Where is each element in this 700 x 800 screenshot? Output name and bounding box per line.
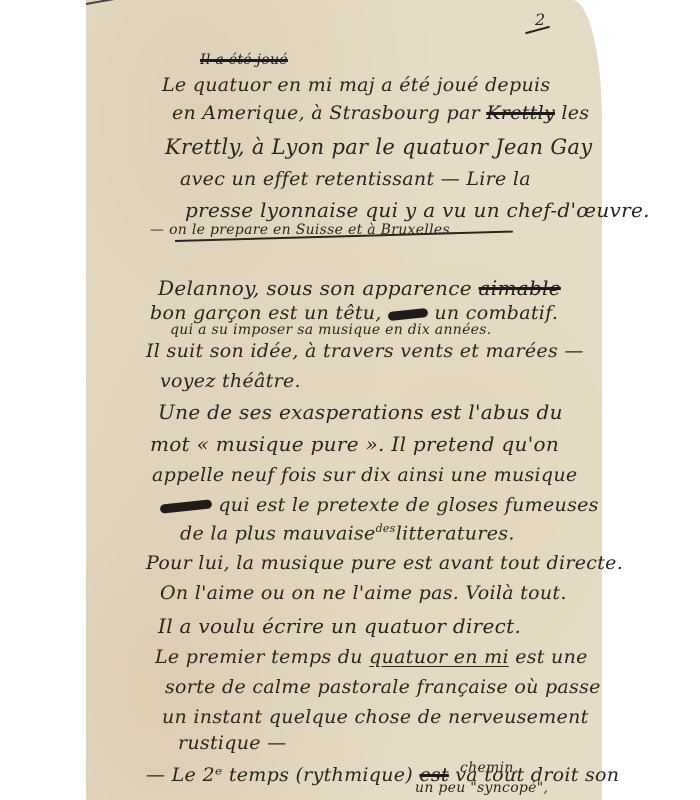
superscript-insert: des [376, 522, 396, 535]
text-line: bon garçon est un têtu, un combatif. [150, 302, 558, 324]
text-span: — [150, 222, 169, 238]
text-span: Delannoy, sous son apparence [158, 276, 472, 300]
text-span: en Amerique, à Strasbourg par [172, 102, 480, 124]
text-line: Le premier temps du quatuor en mi est un… [155, 646, 588, 668]
text-line: Le quatuor en mi maj a été joué depuis [162, 74, 550, 96]
text-span: est une [515, 646, 588, 668]
text-span: un combatif. [434, 302, 558, 324]
underlined-text: quatuor en mi [369, 646, 509, 668]
text-line: un peu "syncopé", [415, 780, 548, 796]
text-span: bon garçon est un têtu, [150, 302, 382, 324]
text-line: sorte de calme pastorale française où pa… [165, 676, 601, 698]
text-span: Le premier temps du [155, 646, 363, 668]
text-line-insert: qui a su imposer sa musique en dix année… [170, 322, 491, 338]
text-span: Le quatuor en mi maj a été joué depuis [162, 74, 550, 96]
ink-blot [388, 307, 429, 320]
crossed-heading: Il a été joué [200, 52, 288, 68]
text-line: un instant quelque chose de nerveusement [162, 706, 589, 728]
text-line: Krettly, à Lyon par le quatuor Jean Gay [165, 135, 592, 159]
text-line: qui est le pretexte de gloses fumeuses [160, 494, 599, 516]
text-line: en Amerique, à Strasbourg par Krettly le… [172, 102, 589, 124]
ink-blot [160, 499, 213, 513]
text-line: avec un effet retentissant — Lire la [180, 168, 531, 190]
text-line: Il suit son idée, à travers vents et mar… [146, 340, 584, 362]
text-line: — Le 2ᵉ temps (rythmique) est va tout dr… [146, 764, 619, 786]
text-line: de la plus mauvaisedeslitteratures. [180, 522, 515, 544]
crossed-word: Krettly [486, 102, 555, 124]
text-span: qui est le pretexte de gloses fumeuses [218, 494, 598, 516]
text-span: — Le 2ᵉ temps (rythmique) [146, 764, 413, 786]
text-line: Delannoy, sous son apparence aimable [158, 276, 561, 300]
text-line: voyez théâtre. [160, 370, 301, 392]
text-line: mot « musique pure ». Il pretend qu'on [150, 432, 559, 456]
text-line: Une de ses exasperations est l'abus du [158, 400, 563, 424]
text-line: On l'aime ou on ne l'aime pas. Voilà tou… [160, 582, 567, 604]
text-line: appelle neuf fois sur dix ainsi une musi… [152, 464, 577, 486]
text-span: litteratures. [396, 522, 515, 544]
text-line: Pour lui, la musique pure est avant tout… [146, 552, 623, 574]
text-line: Il a voulu écrire un quatuor direct. [158, 614, 521, 638]
crossed-word: aimable [479, 276, 561, 300]
text-line: presse lyonnaise qui y a vu un chef-d'œu… [185, 198, 650, 222]
text-span: les [561, 102, 589, 124]
text-span: de la plus mauvaise [180, 522, 376, 544]
text-line: rustique — [178, 732, 286, 754]
text-line: chemin, [460, 760, 518, 776]
